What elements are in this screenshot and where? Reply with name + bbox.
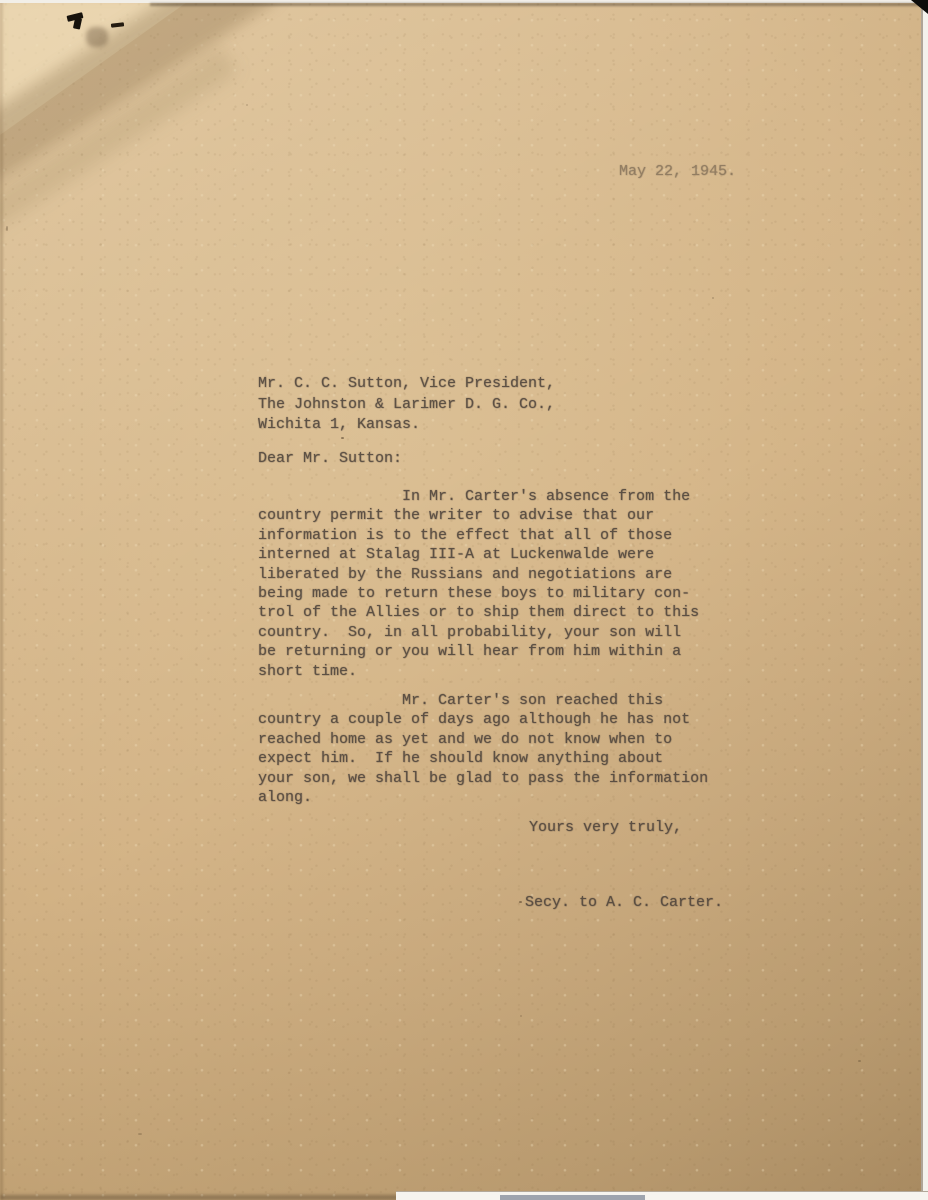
body-paragraph-2: Mr. Carter's son reached this country a …: [258, 691, 708, 807]
paper-speck: [520, 1015, 522, 1017]
signature-line: Secy. to A. C. Carter.: [525, 893, 723, 912]
salutation: Dear Mr. Sutton:: [258, 449, 402, 468]
paper-speck: [858, 1060, 861, 1062]
scan-edge-top-shadow: [150, 3, 920, 6]
paper-speck: [6, 226, 8, 231]
staple-smudge: [86, 27, 108, 47]
scan-edge-bottom-gray: [500, 1195, 645, 1200]
body-paragraph-1: In Mr. Carter's absence from the country…: [258, 487, 699, 681]
paper-speck: [246, 104, 248, 106]
paper-sheet: May 22, 1945. Mr. C. C. Sutton, Vice Pre…: [0, 0, 924, 1200]
scanned-letter-page: May 22, 1945. Mr. C. C. Sutton, Vice Pre…: [0, 0, 928, 1200]
scan-edge-bottom-shadow: [0, 1195, 420, 1200]
paper-speck: [341, 437, 344, 439]
scan-edge-bottom: [396, 1191, 928, 1200]
paper-speck: [519, 901, 522, 903]
scan-edge-right: [921, 0, 928, 1200]
paper-speck: [712, 297, 714, 299]
closing-line: Yours very truly,: [529, 818, 682, 837]
recipient-address: Mr. C. C. Sutton, Vice President, The Jo…: [258, 374, 555, 436]
letter-date: May 22, 1945.: [619, 162, 736, 181]
paper-speck: [138, 1133, 142, 1135]
